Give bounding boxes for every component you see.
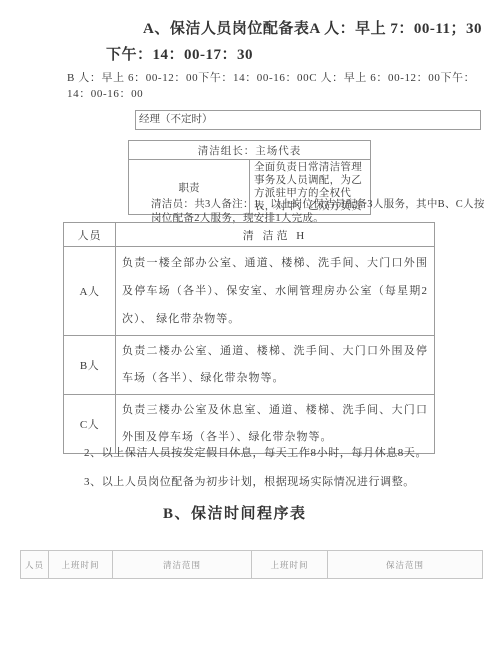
note-3: 3、以上人员岗位配备为初步计划，根据现场实际情况进行调整。: [84, 473, 415, 489]
time-header-worktime-1: 上班时间: [49, 551, 113, 579]
doc-title-line-2: 下午：14：00-17：30: [106, 43, 500, 64]
staff-person-b: B人: [64, 336, 116, 395]
time-schedule-table: 人员 上班时间 清洁范围 上班时间 保洁范围: [20, 550, 483, 579]
staff-table-header-row: 人员 清 洁范 H: [64, 223, 435, 247]
note-2: 2、以上保洁人员按发定假日休息，每天工作8小时，每月休息8天。: [84, 444, 427, 460]
section-b-title: B、保洁时间程序表: [163, 502, 307, 523]
document-page: A、保洁人员岗位配备表A 人：早上 7：00-11；30 下午：14：00-17…: [0, 0, 500, 672]
staff-header-scope: 清 洁范 H: [116, 223, 435, 247]
staff-person-a: A人: [64, 247, 116, 336]
time-header-upkeep-scope: 保洁范围: [328, 551, 483, 579]
cleaner-note: 清洁员：共3人备注：1、以上岗位保洁员配备3人服务，其中B、C人按岗位配备2人服…: [151, 198, 493, 225]
manager-label: 经理（不定时）: [139, 114, 213, 125]
staff-header-person: 人员: [64, 223, 116, 247]
doc-title: A、保洁人员岗位配备表A 人：早上 7：00-11；30 下午：14：00-17…: [0, 17, 500, 64]
time-header-clean-scope: 清洁范围: [113, 551, 252, 579]
duty-table-header-row: 清洁组长：主场代表: [129, 141, 371, 160]
time-header-worktime-2: 上班时间: [252, 551, 328, 579]
staff-assignment-table: 人员 清 洁范 H A人 负责一楼全部办公室、通道、楼梯、洗手间、大门口外围及停…: [63, 222, 435, 454]
duty-table-header: 清洁组长：主场代表: [129, 141, 371, 160]
schedule-bc-paragraph: B 人：早上 6：00-12：00下午：14：00-16：00C 人：早上 6：…: [67, 70, 481, 102]
time-table-header-row: 人员 上班时间 清洁范围 上班时间 保洁范围: [21, 551, 483, 579]
staff-row-a: A人 负责一楼全部办公室、通道、楼梯、洗手间、大门口外围及停车场（各半）、保安室…: [64, 247, 435, 336]
staff-row-b: B人 负责二楼办公室、通道、楼梯、洗手间、大门口外围及停车场（各半）、绿化带杂物…: [64, 336, 435, 395]
staff-scope-b: 负责二楼办公室、通道、楼梯、洗手间、大门口外围及停车场（各半）、绿化带杂物等。: [116, 336, 435, 395]
doc-title-line-1: A、保洁人员岗位配备表A 人：早上 7：00-11；30: [143, 17, 500, 38]
manager-box: 经理（不定时）: [135, 110, 481, 130]
staff-scope-a: 负责一楼全部办公室、通道、楼梯、洗手间、大门口外围及停车场（各半）、保安室、水闸…: [116, 247, 435, 336]
time-header-person: 人员: [21, 551, 49, 579]
